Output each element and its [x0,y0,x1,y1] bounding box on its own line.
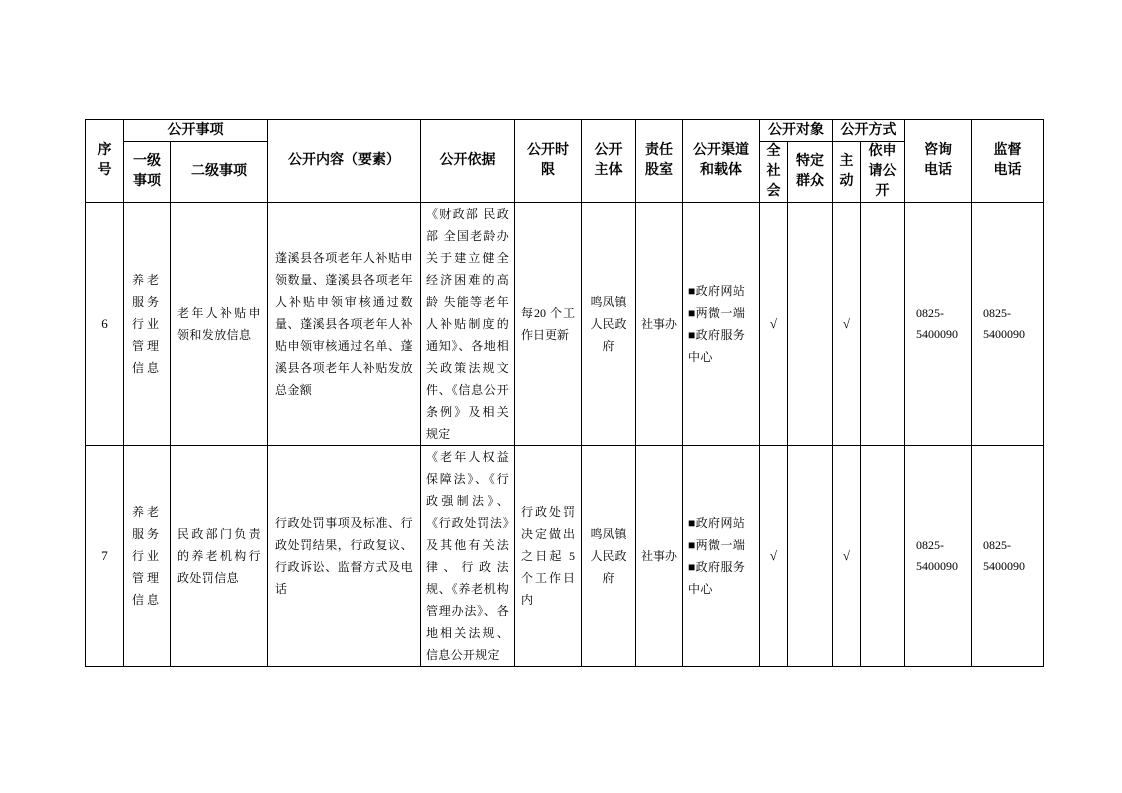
col-header-consult-phone: 咨询 电话 [905,120,972,203]
cell-level1-item: 养老 服务 行业 管理 信息 [124,203,171,446]
cell-time-limit: 行政处罚决定做出之日起 5 个工作日内 [515,446,582,667]
cell-seq: 7 [86,446,124,667]
group-header-public-items: 公开事项 [124,120,268,142]
header-row-groups: 序 号 公开事项 公开内容（要素） 公开依据 公开时 限 公开 主体 责任 股室… [86,120,1044,142]
cell-basis: 《财政部 民政部 全国老龄办关于建立健全经济困难的高龄 失能等老年人补贴制度的通… [421,203,515,446]
cell-proactive-check: √ [833,446,861,667]
cell-content: 蓬溪县各项老年人补贴申领数量、蓬溪县各项老年人补贴申领审核通过数量、蓬溪县各项老… [268,203,421,446]
cell-level2-item: 老年人补贴申领和发放信息 [171,203,268,446]
disclosure-table: 序 号 公开事项 公开内容（要素） 公开依据 公开时 限 公开 主体 责任 股室… [85,119,1044,667]
cell-channels: ■政府网站 ■两微一端 ■政府服务中心 [683,203,760,446]
cell-supervise-phone: 0825-5400090 [972,446,1044,667]
cell-responsible-office: 社事办 [636,203,683,446]
table-row: 6 养老 服务 行业 管理 信息 老年人补贴申领和发放信息 蓬溪县各项老年人补贴… [86,203,1044,446]
col-header-channels: 公开渠道 和载体 [683,120,760,203]
col-header-basis: 公开依据 [421,120,515,203]
col-header-on-request: 依申 请公 开 [861,142,905,203]
cell-whole-society-check: √ [760,203,788,446]
document-page: 序 号 公开事项 公开内容（要素） 公开依据 公开时 限 公开 主体 责任 股室… [0,0,1122,793]
col-header-whole-society: 全 社 会 [760,142,788,203]
cell-proactive-check: √ [833,203,861,446]
col-header-specific-groups: 特定 群众 [788,142,833,203]
col-header-level1-item: 一级 事项 [124,142,171,203]
col-header-responsible-office: 责任 股室 [636,120,683,203]
col-header-supervise-phone: 监督 电话 [972,120,1044,203]
col-header-proactive: 主 动 [833,142,861,203]
cell-on-request-check [861,446,905,667]
table-row: 7 养老 服务 行业 管理 信息 民政部门负责的养老机构行政处罚信息 行政处罚事… [86,446,1044,667]
cell-specific-groups-check [788,446,833,667]
cell-consult-phone: 0825-5400090 [905,203,972,446]
cell-on-request-check [861,203,905,446]
cell-level1-item: 养老 服务 行业 管理 信息 [124,446,171,667]
cell-channels: ■政府网站 ■两微一端 ■政府服务中心 [683,446,760,667]
col-header-subject: 公开 主体 [582,120,636,203]
cell-seq: 6 [86,203,124,446]
cell-supervise-phone: 0825-5400090 [972,203,1044,446]
cell-content: 行政处罚事项及标准、行政处罚结果，行政复议、行政诉讼、监督方式及电话 [268,446,421,667]
cell-specific-groups-check [788,203,833,446]
cell-consult-phone: 0825-5400090 [905,446,972,667]
group-header-method: 公开方式 [833,120,905,142]
cell-time-limit: 每20 个工作日更新 [515,203,582,446]
cell-responsible-office: 社事办 [636,446,683,667]
cell-subject: 鸣凤镇人民政府 [582,203,636,446]
cell-basis: 《老年人权益保障法》、《行政强制法》、《行政处罚法》及其他有关法律、行政法规、《… [421,446,515,667]
col-header-time-limit: 公开时 限 [515,120,582,203]
col-header-content: 公开内容（要素） [268,120,421,203]
cell-whole-society-check: √ [760,446,788,667]
cell-level2-item: 民政部门负责的养老机构行政处罚信息 [171,446,268,667]
cell-subject: 鸣凤镇人民政府 [582,446,636,667]
group-header-audience: 公开对象 [760,120,833,142]
col-header-level2-item: 二级事项 [171,142,268,203]
col-header-seq: 序 号 [86,120,124,203]
